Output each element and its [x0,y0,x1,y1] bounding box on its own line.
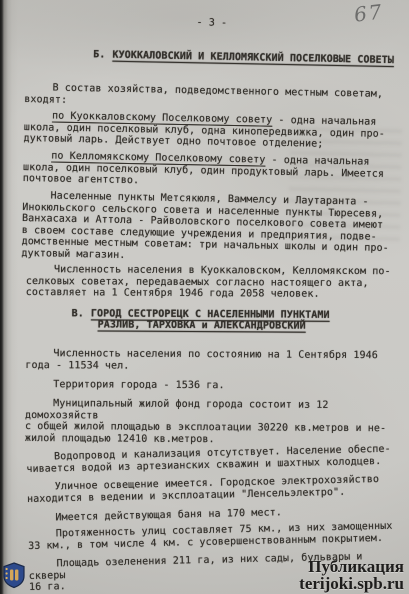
handwritten-archive-number: 67 [352,0,384,27]
section-v-heading-title-line2: РАЗЛИВ, ТАРХОВКА и АЛЕКСАНДРОВСКИЙ [98,319,306,331]
section-b-heading-title: КУОККАЛОВСКИЙ И КЕЛЛОМЯКСКИЙ ПОСЕЛКОВЫЕ … [112,49,394,65]
section-v-heading-line2: РАЗЛИВ, ТАРХОВКА и АЛЕКСАНДРОВСКИЙ [98,319,398,332]
section-v-heading-title-line1: ГОРОД СЕСТРОРЕЦК С НАСЕЛЕННЫМИ ПУНКТАМИ [91,308,330,320]
scanned-document-page: 67 - 3 - Б.КУОККАЛОВСКИЙ И КЕЛЛОМЯКСКИЙ … [0,0,409,594]
paragraph-kuokkala-sovet: по Куоккаловскому Поселковому совету - о… [23,110,396,152]
section-v-heading: В.ГОРОД СЕСТРОРЕЦК С НАСЕЛЕННЫМИ ПУНКТАМ… [72,308,398,333]
paragraph-housing-fund: Муниципальный жилой фонд города состоит … [25,398,397,446]
section-b-heading-prefix: Б. [93,49,105,60]
paragraph-street-length: Протяженность улиц составляет 75 км., из… [28,520,400,551]
paragraph-street-lighting: Уличное освещение имеется. Городское эле… [27,473,399,504]
upper-text-block: - 3 - Б.КУОККАЛОВСКИЙ И КЕЛЛОМЯКСКИЙ ПОС… [21,14,398,266]
watermark-title: Публикация [299,558,404,575]
document-content: - 3 - Б.КУОККАЛОВСКИЙ И КЕЛЛОМЯКСКИЙ ПОС… [26,0,398,593]
paragraph-intro-hozyaystvo: В состав хозяйства, подведомственного ме… [24,82,396,112]
scan-left-edge [0,0,18,594]
paragraph-sestroretsk-population: Численность населения по состоянию на 1 … [25,348,397,373]
page-number: - 3 - [26,14,398,33]
shield-icon [2,562,26,589]
section-v-heading-prefix: В. [72,308,84,319]
paragraph-kellomaki-sovet: по Келломякскому Поселковому совету - од… [23,150,396,192]
paragraph-villages: Населенные пункты Метсякюля, Ваммелсу и … [21,190,394,266]
middle-text-block: Численность населения в Куоккаловском, К… [25,264,398,446]
paragraph-water-supply: Водопровод и канализация отсутствует. На… [26,443,398,474]
watermark-site-url: terijoki.spb.ru [299,575,404,592]
terijoki-emblem-logo [2,562,26,589]
paragraph-population-1946: Численность населения в Куоккаловском, К… [26,264,398,301]
section-b-heading: Б.КУОККАЛОВСКИЙ И КЕЛЛОМЯКСКИЙ ПОСЕЛКОВЫ… [93,49,397,66]
site-watermark: Публикация terijoki.spb.ru [299,558,404,592]
paragraph-city-territory: Территория города - 1536 га. [25,379,397,393]
